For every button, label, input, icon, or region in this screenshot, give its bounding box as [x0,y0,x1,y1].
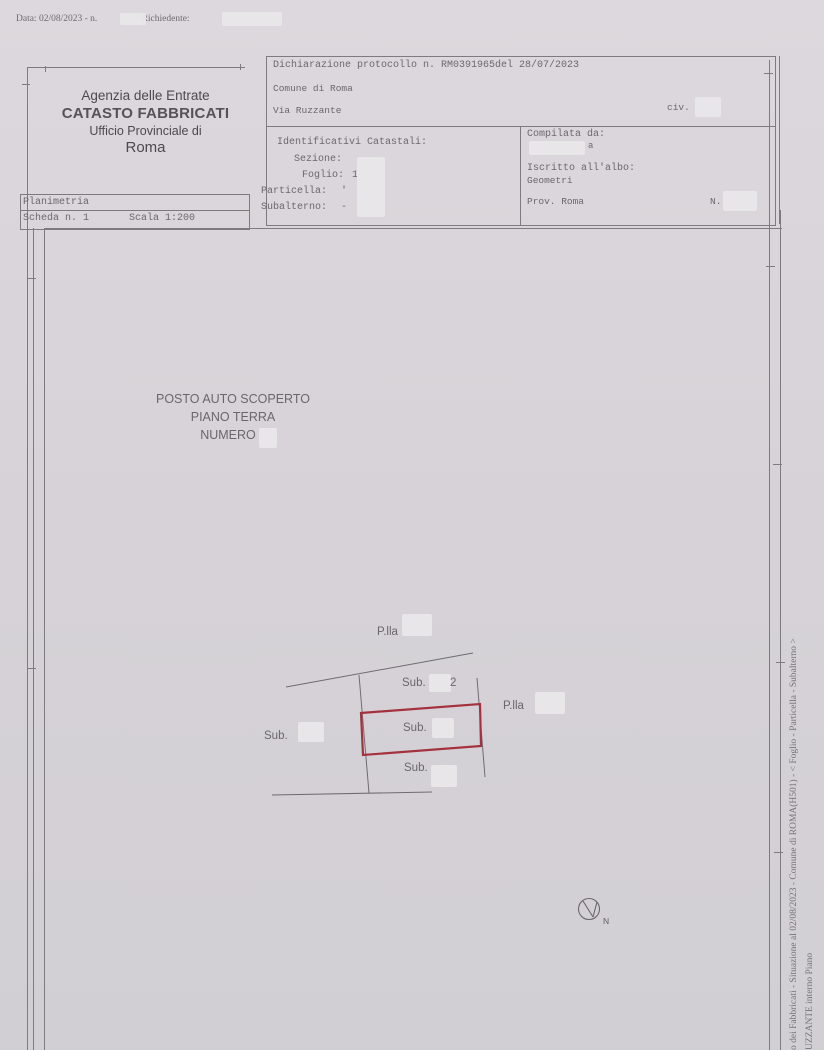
north-arrow-icon [579,899,600,920]
redaction [432,718,454,738]
boundary-line [272,792,432,795]
side-strip-line-2: UZZANTE interno Piano [805,953,815,1050]
parcel-label-right: P.lla [503,700,524,712]
redaction [402,614,432,636]
sub-label-top-suffix: 2 [450,677,456,689]
sub-label-top: Sub. [402,677,426,689]
site-plan-drawing [0,0,824,1050]
redaction [535,692,565,714]
redaction [431,765,457,787]
parcel-label-top: P.lla [377,626,398,638]
redaction [429,674,451,692]
sub-label-highlighted: Sub. [403,722,427,734]
redaction [298,722,324,742]
sub-label-bottom: Sub. [404,762,428,774]
sub-label-left: Sub. [264,730,288,742]
north-label: N [603,916,609,926]
boundary-line [359,675,369,793]
side-strip-line-1: o dei Fabbricati - Situazione al 02/08/2… [789,490,799,1050]
